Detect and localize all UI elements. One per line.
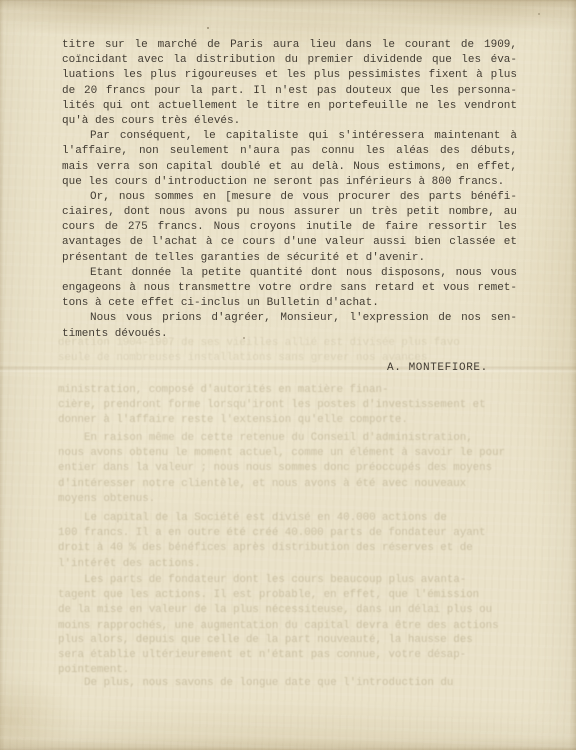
bleedthrough-block: De plus, nous savons de longue date que … — [58, 676, 517, 691]
paper-speck — [538, 13, 540, 15]
letter-line: Par conséquent, le capitaliste qui s'int… — [62, 129, 517, 144]
letter-line: lités qui ont actuellement le titre en p… — [62, 99, 517, 114]
letter-line: luations les plus rigoureuses et les plu… — [62, 68, 517, 83]
bleedthrough-line: 100 francs. Il a en outre été créé 40.00… — [58, 526, 517, 541]
letter-line: titre sur le marché de Paris aura lieu d… — [62, 38, 517, 53]
paper-speck — [207, 27, 209, 29]
bleedthrough-block: Le capital de la Société est divisé en 4… — [58, 511, 517, 572]
paper-speck — [243, 337, 245, 339]
bleedthrough-line: ministration, composé d'autorités en mat… — [58, 383, 517, 398]
bleedthrough-line: sera établie ultérieurement et n'étant p… — [58, 648, 517, 663]
paragraph: Par conséquent, le capitaliste qui s'int… — [62, 129, 517, 190]
letter-line: timents dévoués. — [62, 327, 517, 342]
bleedthrough-line: pointement. — [58, 663, 517, 678]
bleedthrough-block: Les parts de fondateur dont les cours be… — [58, 573, 517, 634]
bleedthrough-line: entier dans la valeur ; nous nous sommes… — [58, 461, 517, 476]
bleedthrough-line: tagent que les actions. Il est probable,… — [58, 588, 517, 603]
letter-line: présentant de telles garanties de sécuri… — [62, 251, 517, 266]
bleedthrough-line: plus alors, depuis que celle de la part … — [58, 633, 517, 648]
letter-line: cours de 275 francs. Nous croyons inutil… — [62, 220, 517, 235]
letter-line: tons à cete effet ci-inclus un Bulletin … — [62, 296, 517, 311]
bleedthrough-block: En raison même de cette retenue du Conse… — [58, 431, 517, 507]
paragraph: Etant donnée la petite quantité dont nou… — [62, 266, 517, 312]
paragraph: Or, nous sommes en [mesure de vous procu… — [62, 190, 517, 266]
bleedthrough-line: de la mise en valeur de la plus nécessit… — [58, 603, 517, 618]
bleedthrough-line: Le capital de la Société est divisé en 4… — [58, 511, 517, 526]
letter-line: Or, nous sommes en [mesure de vous procu… — [62, 190, 517, 205]
bleedthrough-line: moins rapprochés, une augmentation du ca… — [58, 619, 517, 634]
bleedthrough-line: droit à 40 % des bénéfices après distrib… — [58, 541, 517, 556]
bleedthrough-line: d'intéresser notre clientèle, et nous av… — [58, 477, 517, 492]
scanned-letter-page: dération 1904-1907 de ses vieilles allié… — [0, 0, 576, 750]
letter-line: coïncidant avec la distribution du premi… — [62, 53, 517, 68]
bleedthrough-line: cière, prendront forme lorsqu'iront les … — [58, 398, 517, 413]
paragraph: titre sur le marché de Paris aura lieu d… — [62, 38, 517, 129]
letter-line: engageons à nous transmettre votre ordre… — [62, 281, 517, 296]
letter-line: Etant donnée la petite quantité dont nou… — [62, 266, 517, 281]
paragraph: Nous vous prions d'agréer, Monsieur, l'e… — [62, 311, 517, 341]
bleedthrough-line: De plus, nous savons de longue date que … — [58, 676, 517, 691]
bleedthrough-line: donner à l'affaire reste l'extension qu'… — [58, 413, 517, 428]
bleedthrough-line: l'intérêt des actions. — [58, 557, 517, 572]
bleedthrough-line: moyens obtenus. — [58, 492, 517, 507]
bleedthrough-line: Les parts de fondateur dont les cours be… — [58, 573, 517, 588]
letter-line: l'affaire, non seulement n'aura pas conn… — [62, 144, 517, 159]
letter-line: ciaires, dont nous avons pu nous assurer… — [62, 205, 517, 220]
bleedthrough-line: nous avons obtenu le moment actuel, comm… — [58, 446, 517, 461]
letter-line: qu'à des cours très élevés. — [62, 114, 517, 129]
bleedthrough-block: ministration, composé d'autorités en mat… — [58, 383, 517, 429]
bleedthrough-line: En raison même de cette retenue du Conse… — [58, 431, 517, 446]
letter-line: que les cours d'introduction ne seront p… — [62, 175, 517, 190]
letter-line: Nous vous prions d'agréer, Monsieur, l'e… — [62, 311, 517, 326]
letter-line: avantages de l'achat à ce cours d'une va… — [62, 235, 517, 250]
letter-line: mais verra son capital doublé et au delà… — [62, 160, 517, 175]
bleedthrough-block: plus alors, depuis que celle de la part … — [58, 633, 517, 679]
letter-line: de 20 francs pour la part. Il n'est pas … — [62, 84, 517, 99]
letter-body: titre sur le marché de Paris aura lieu d… — [62, 38, 517, 342]
signature: A. MONTEFIORE. — [387, 362, 488, 374]
